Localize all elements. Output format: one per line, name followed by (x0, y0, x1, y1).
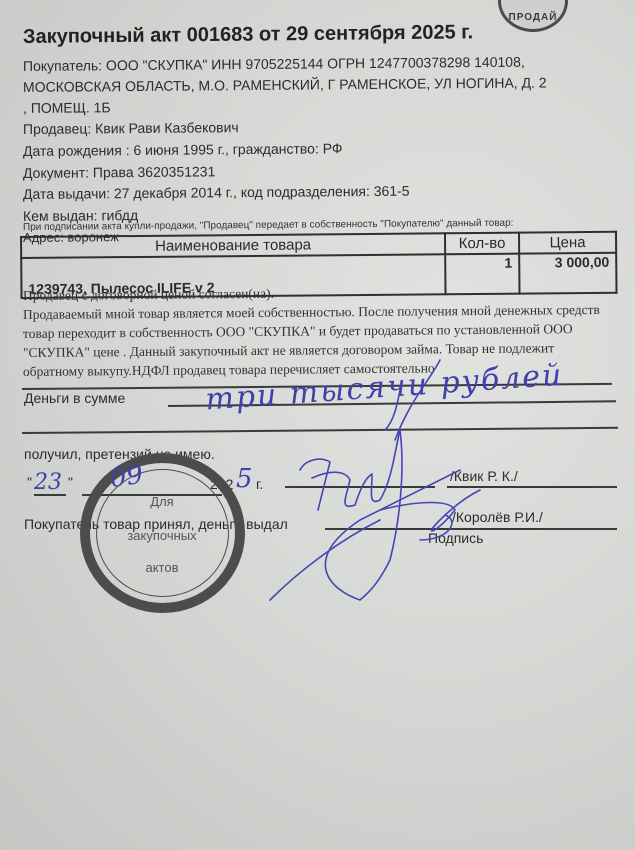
stamp-text-line-3: актов (102, 560, 222, 575)
column-header-qty: Кол-во (445, 233, 519, 255)
logo-stamp-text: ПРОДАЙ (501, 12, 565, 23)
signature-caption: Подпись (428, 530, 483, 546)
date-open-quote: " (27, 474, 32, 490)
seller-birth-date: Дата рождения : 6 июня 1995 г., гражданс… (23, 140, 343, 159)
buyer-line-3: , ПОМЕЩ. 1Б (23, 99, 111, 116)
handwritten-year-digit: 5 (236, 464, 253, 494)
seller-id-document: Документ: Права 3620351231 (23, 163, 215, 181)
stamp-text-line-1: Для (102, 494, 222, 509)
item-price: 3 000,00 (519, 253, 616, 294)
company-logo-stamp: ПРОДАЙ (498, 0, 568, 32)
handwritten-day: 23 (34, 470, 62, 495)
handwritten-month: 09 (108, 460, 145, 494)
date-close-quote: " (68, 474, 73, 490)
seller-printed-name: /Квик Р. К./ (450, 468, 518, 484)
seller-signature-stroke (300, 430, 402, 600)
stamp-text-line-2: закупочных (102, 528, 222, 543)
seller-signature-rule (285, 486, 435, 488)
seller-name-rule (447, 486, 617, 488)
document-title: Закупочный акт 001683 от 29 сентября 202… (23, 21, 473, 49)
money-second-rule (22, 427, 618, 434)
document-page: ПРОДАЙ Закупочный акт 001683 от 29 сентя… (0, 0, 635, 850)
terms-line-3: "СКУПКА" цене . Данный закупочный акт не… (23, 340, 554, 361)
date-year-mark: г. (256, 476, 263, 492)
column-header-price: Цена (519, 232, 616, 254)
seller-id-issue-date: Дата выдачи: 27 декабря 2014 г., код под… (23, 183, 410, 202)
terms-line-1: Продаваемый мной товар является моей соб… (23, 302, 600, 323)
price-agreement: Продавец с договорной ценой согласен(на)… (23, 286, 274, 304)
buyer-line-2: МОСКОВСКАЯ ОБЛАСТЬ, М.О. РАМЕНСКИЙ, Г РА… (23, 74, 547, 95)
item-qty: 1 (445, 254, 519, 295)
terms-line-2: товар переходит в собственность ООО "СКУ… (23, 321, 573, 342)
buyer-printed-name: /Королёв Р.И./ (452, 509, 543, 525)
buyer-line-1: Покупатель: ООО "СКУПКА" ИНН 9705225144 … (23, 54, 525, 74)
seller-name: Продавец: Квик Рави Казбекович (23, 119, 239, 137)
money-amount-label: Деньги в сумме (24, 390, 125, 406)
